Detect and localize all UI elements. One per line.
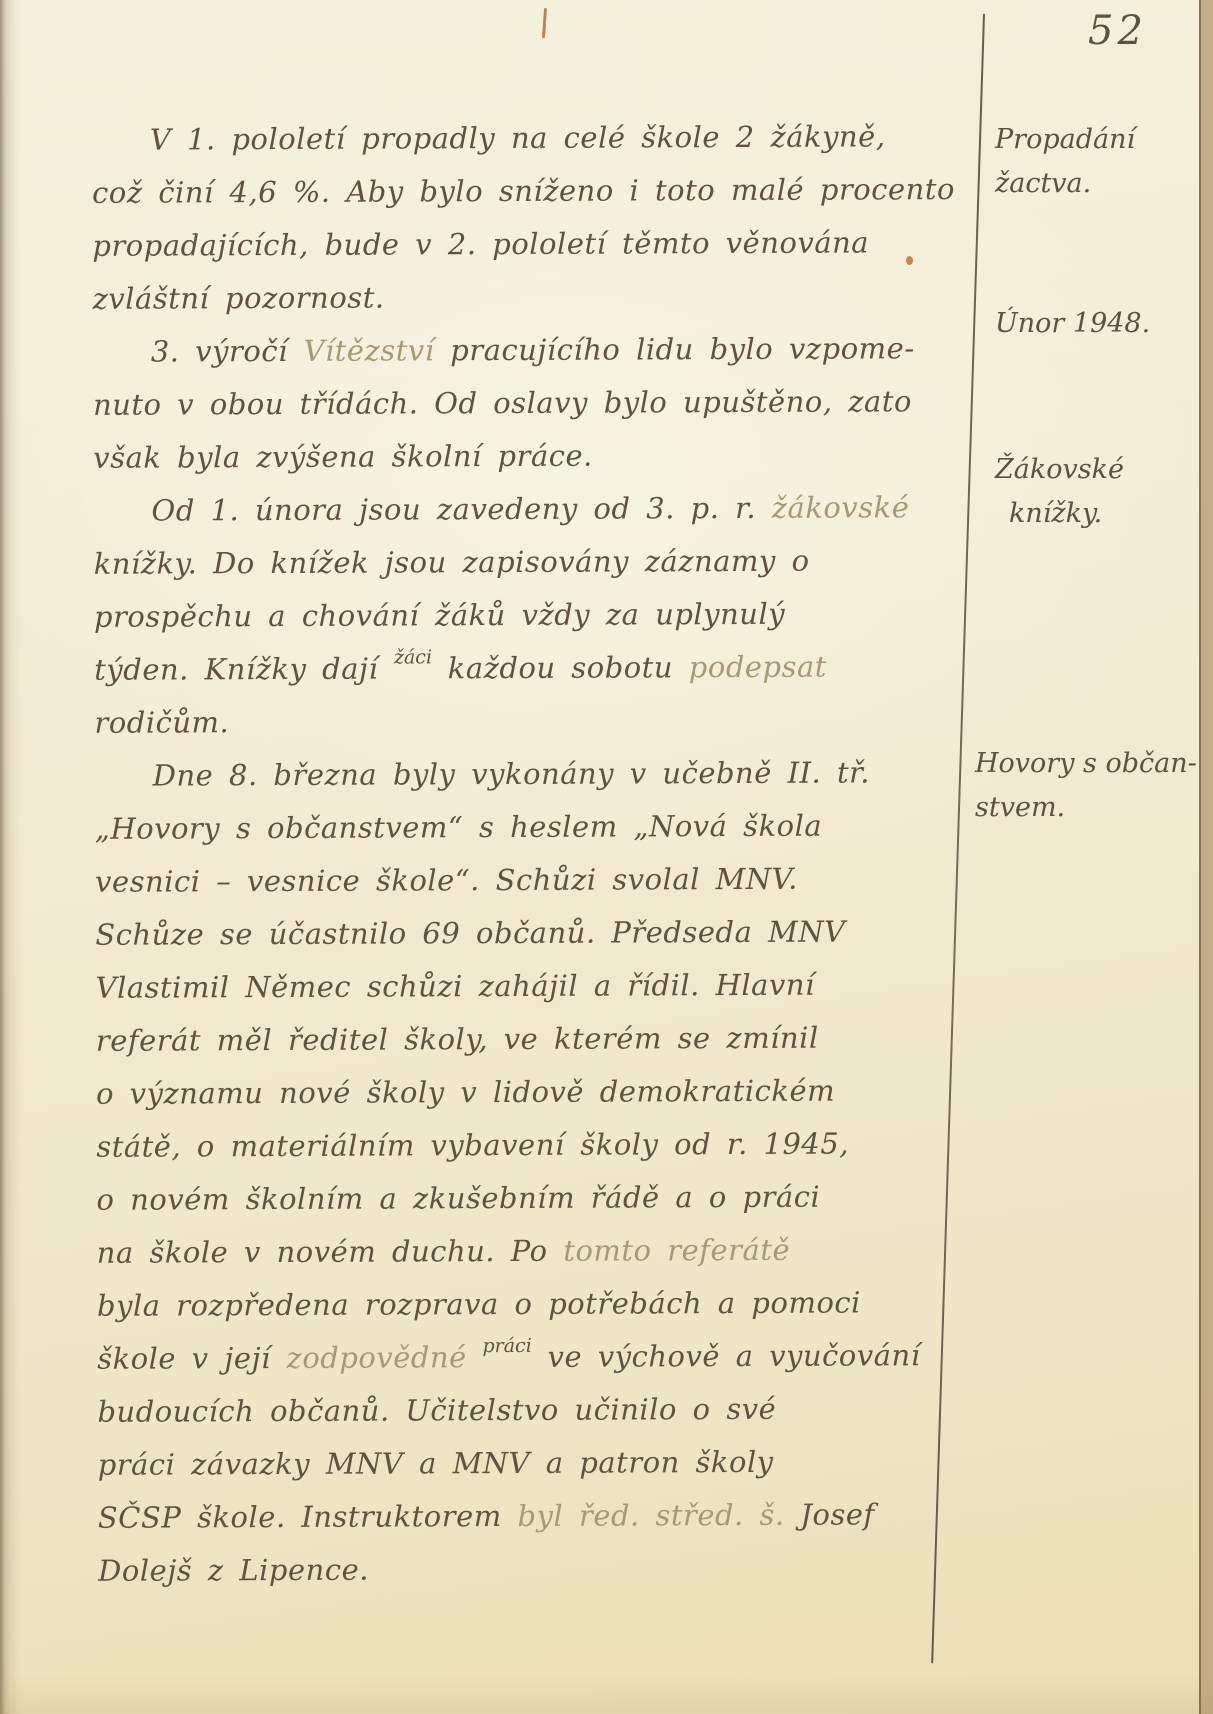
text-line: což činí 4,6 %. Aby bylo sníženo i toto … bbox=[92, 163, 922, 220]
paragraph: Dne 8. března byly vykonány v učebně II.… bbox=[95, 746, 929, 1598]
text-line: na škole v novém duchu. Po tomto referát… bbox=[97, 1223, 927, 1280]
text-line: V 1. pololetí propadly na celé škole 2 ž… bbox=[92, 110, 922, 167]
text-line: práci závazky MNV a MNV a patron školy bbox=[98, 1435, 928, 1492]
paragraph: V 1. pololetí propadly na celé škole 2 ž… bbox=[92, 110, 923, 326]
margin-note-line: Žákovské bbox=[995, 448, 1210, 492]
text-segment: žákovské bbox=[772, 490, 910, 525]
text-line: prospěchu a chování žáků vždy za uplynul… bbox=[94, 587, 924, 644]
text-line: nuto v obou třídách. Od oslavy bylo upuš… bbox=[93, 375, 923, 432]
page-left-edge bbox=[0, 0, 22, 1714]
text-line: Schůze se účastnilo 69 občanů. Předseda … bbox=[95, 905, 925, 962]
text-segment: Od 1. února jsou zavedeny od 3. p. r. bbox=[151, 491, 771, 528]
body-text: V 1. pololetí propadly na celé škole 2 ž… bbox=[92, 110, 928, 1598]
text-segment: Josef bbox=[785, 1497, 875, 1531]
margin-note-zakovske-knizky: Žákovské knížky. bbox=[995, 448, 1210, 536]
text-segment bbox=[467, 1340, 483, 1374]
margin-note-propadani-zactva: Propadání žactva. bbox=[995, 118, 1210, 206]
text-line: Vlastimil Němec schůzi zahájil a řídil. … bbox=[95, 958, 925, 1015]
text-segment: na škole v novém duchu. Po bbox=[97, 1234, 564, 1270]
text-segment: SČSP škole. Instruktorem bbox=[98, 1499, 518, 1535]
text-segment: tomto referátě bbox=[563, 1233, 790, 1268]
text-segment: podepsat bbox=[689, 650, 827, 685]
ink-blemish bbox=[542, 8, 547, 38]
paragraph: 3. výročí Vítězství pracujícího lidu byl… bbox=[93, 322, 924, 485]
margin-note-line: Propadání bbox=[995, 118, 1210, 162]
text-line: „Hovory s občanstvem“ s heslem „Nová ško… bbox=[95, 799, 925, 856]
page-bottom-shade bbox=[0, 1674, 1213, 1714]
text-segment: každou sobotu bbox=[432, 650, 689, 685]
text-line: budoucích občanů. Učitelstvo učinilo o s… bbox=[97, 1382, 927, 1439]
text-line: Od 1. února jsou zavedeny od 3. p. r. žá… bbox=[93, 481, 923, 538]
margin-note-unor-1948: Únor 1948. bbox=[995, 302, 1210, 346]
text-line: propadajících, bude v 2. pololetí těmto … bbox=[92, 216, 922, 273]
text-line: Dolejš z Lipence. bbox=[98, 1541, 928, 1598]
margin-note-line: žactva. bbox=[995, 162, 1210, 206]
text-line: vesnici – vesnice škole“. Schůzi svolal … bbox=[95, 852, 925, 909]
text-segment: pracujícího lidu bylo vzpome- bbox=[434, 331, 914, 367]
text-line: SČSP škole. Instruktorem byl řed. střed.… bbox=[98, 1488, 928, 1545]
text-line: Dne 8. března byly vykonány v učebně II.… bbox=[95, 746, 925, 803]
text-segment: zodpovědné bbox=[286, 1340, 466, 1375]
margin-note-hovory-s-obcanstvem: Hovory s občan- stvem. bbox=[975, 742, 1190, 830]
text-line: týden. Knížky dají žáci každou sobotu po… bbox=[94, 640, 924, 697]
margin-rule-line bbox=[931, 14, 985, 1663]
text-line: rodičům. bbox=[94, 693, 924, 750]
text-line: 3. výročí Vítězství pracujícího lidu byl… bbox=[93, 322, 923, 379]
chronicle-page: 52 V 1. pololetí propadly na celé škole … bbox=[0, 0, 1213, 1714]
margin-note-line: knížky. bbox=[995, 492, 1210, 536]
text-line: však byla zvýšena školní práce. bbox=[93, 428, 923, 485]
text-line: o novém školním a zkušebním řádě a o prá… bbox=[96, 1170, 926, 1227]
text-line: byla rozpředena rozprava o potřebách a p… bbox=[97, 1276, 927, 1333]
text-segment: škole v její bbox=[97, 1341, 286, 1376]
text-line: knížky. Do knížek jsou zapisovány záznam… bbox=[94, 534, 924, 591]
text-segment: byl řed. střed. š. bbox=[517, 1498, 784, 1533]
text-line: referát měl ředitel školy, ve kterém se … bbox=[96, 1011, 926, 1068]
text-line: zvláštní pozornost. bbox=[92, 269, 922, 326]
margin-note-line: Hovory s občan- bbox=[975, 742, 1190, 786]
text-segment: Vítězství bbox=[303, 333, 434, 368]
text-segment: ve výchově a vyučování bbox=[532, 1338, 921, 1374]
text-line: škole v její zodpovědné práci ve výchově… bbox=[97, 1329, 927, 1386]
page-right-edge bbox=[1199, 0, 1213, 1714]
text-segment: 3. výročí bbox=[151, 334, 304, 369]
text-segment: týden. Knížky dají bbox=[94, 652, 394, 687]
margin-note-line: Únor 1948. bbox=[995, 302, 1210, 346]
paragraph: Od 1. února jsou zavedeny od 3. p. r. žá… bbox=[93, 481, 924, 750]
text-line: o významu nové školy v lidově demokratic… bbox=[96, 1064, 926, 1121]
text-line: státě, o materiálním vybavení školy od r… bbox=[96, 1117, 926, 1174]
page-number: 52 bbox=[1088, 8, 1147, 54]
margin-note-line: stvem. bbox=[975, 786, 1190, 830]
